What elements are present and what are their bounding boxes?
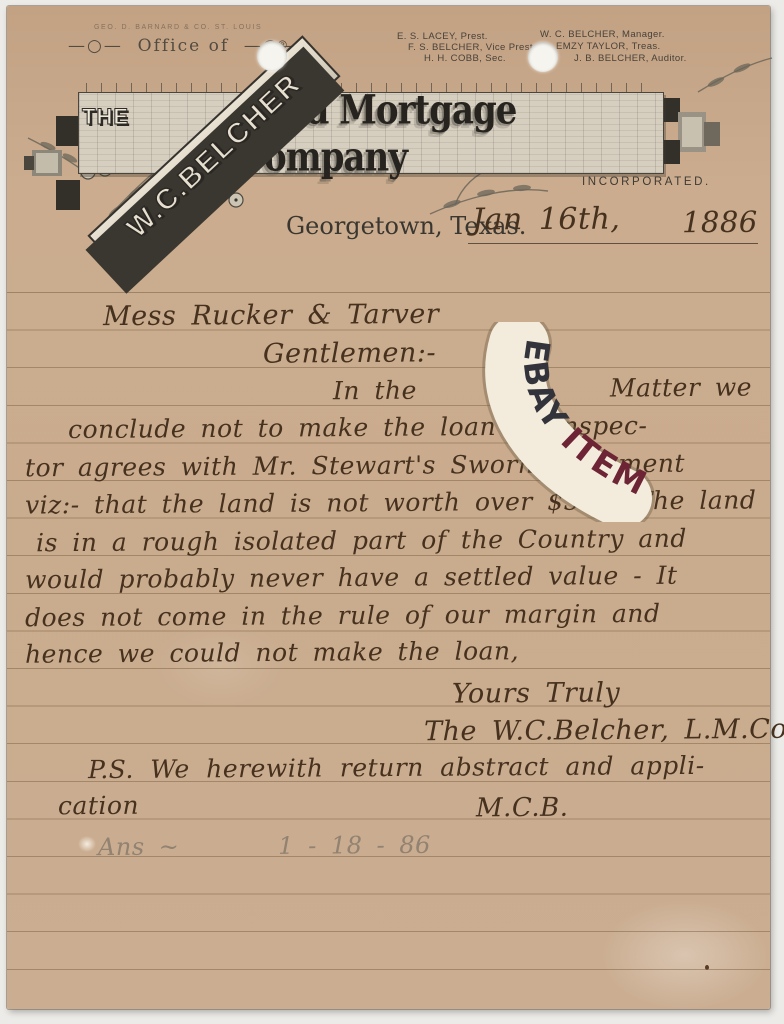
officer-manager: W. C. BELCHER, Manager. [540, 29, 665, 40]
officer-vice-president: F. S. BELCHER, Vice Prest. [408, 42, 536, 53]
handwritten-date: Jan 16th, [472, 201, 621, 237]
body-line: does not come in the rule of our margin … [25, 599, 661, 632]
the-label: THE [82, 104, 129, 130]
pencil-note: Ans ~ 1 - 18 - 86 [98, 831, 431, 861]
body-line: is in a rough isolated part of the Count… [36, 524, 687, 558]
body-line: In the [333, 376, 417, 406]
officer-president: E. S. LACEY, Prest. [397, 31, 488, 42]
incorporated-label: INCORPORATED. [582, 176, 711, 188]
officer-auditor: J. B. BELCHER, Auditor. [574, 53, 687, 64]
postscript-line: cation [58, 791, 139, 821]
salutation-line: Gentlemen:- [263, 337, 436, 369]
ebay-item-sticker: EBAYITEM [464, 322, 679, 522]
officer-treasurer: EMZY TAYLOR, Treas. [556, 41, 661, 52]
printer-mark: GEO. D. BARNARD & CO. ST. LOUIS [94, 24, 262, 31]
signature-line: The W.C.Belcher, L.M.Co. [424, 714, 784, 748]
scanned-letter-screen: GEO. D. BARNARD & CO. ST. LOUIS —○— Offi… [0, 0, 784, 1024]
handwritten-year: 1886 [682, 205, 758, 240]
officer-secretary: H. H. COBB, Sec. [424, 53, 506, 64]
body-line: would probably never have a settled valu… [25, 561, 678, 595]
date-rule-line [468, 243, 758, 244]
hole-punch-right [528, 42, 558, 72]
postscript-line: P.S. We herewith return abstract and app… [88, 751, 705, 784]
initials: M.C.B. [476, 793, 569, 824]
closing-line: Yours Truly [452, 677, 620, 709]
addressee-line: Mess Rucker & Tarver [103, 299, 439, 332]
hole-punch-left [257, 41, 287, 71]
body-line: hence we could not make the loan, [25, 636, 519, 668]
